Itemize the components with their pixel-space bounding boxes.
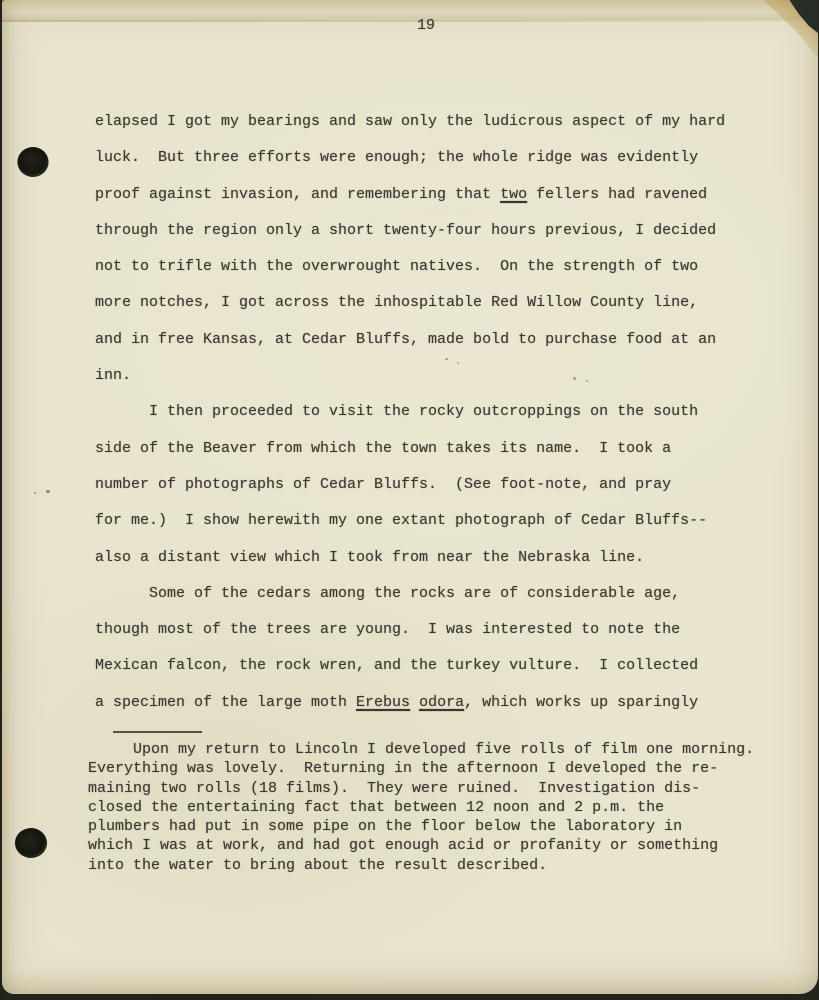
- manuscript-page: 19 elapsed I got my bearings and saw onl…: [2, 0, 818, 994]
- text-line: more notches, I got across the inhospita…: [95, 285, 725, 321]
- underlined-text: two: [500, 186, 527, 203]
- text-line: and in free Kansas, at Cedar Bluffs, mad…: [95, 322, 725, 358]
- text-line: into the water to bring about the result…: [88, 856, 754, 875]
- text-line: Upon my return to Lincoln I developed fi…: [88, 740, 754, 759]
- ink-speck: [573, 377, 576, 380]
- footnote-text: Upon my return to Lincoln I developed fi…: [88, 740, 754, 875]
- text-line: I then proceeded to visit the rocky outc…: [95, 394, 725, 430]
- text-line: through the region only a short twenty-f…: [95, 213, 725, 249]
- text-line: elapsed I got my bearings and saw only t…: [95, 104, 725, 140]
- paper-top-edge-stain: [2, 0, 818, 22]
- ink-speck: [46, 490, 50, 493]
- text-line: Some of the cedars among the rocks are o…: [95, 576, 725, 612]
- ink-speck: [34, 492, 36, 494]
- text-line: proof against invasion, and remembering …: [95, 177, 725, 213]
- ink-speck: [457, 362, 459, 364]
- text-line: though most of the trees are young. I wa…: [95, 612, 725, 648]
- text-line: which I was at work, and had got enough …: [88, 836, 754, 855]
- page-number: 19: [417, 17, 435, 34]
- ink-speck: [445, 358, 448, 360]
- text-segment: fellers had ravened: [527, 186, 707, 203]
- text-line: also a distant view which I took from ne…: [95, 540, 725, 576]
- text-segment: a specimen of the large moth: [95, 694, 356, 711]
- ink-speck: [586, 380, 588, 382]
- text-line: closed the entertaining fact that betwee…: [88, 798, 754, 817]
- underlined-text: Erebus: [356, 694, 410, 711]
- text-segment: , which works up sparingly: [464, 694, 698, 711]
- underlined-text: odora: [419, 694, 464, 711]
- punch-hole-bottom: [13, 827, 48, 860]
- text-line: number of photographs of Cedar Bluffs. (…: [95, 467, 725, 503]
- text-line: for me.) I show herewith my one extant p…: [95, 503, 725, 539]
- text-line: side of the Beaver from which the town t…: [95, 431, 725, 467]
- text-line: plumbers had put in some pipe on the flo…: [88, 817, 754, 836]
- text-line: a specimen of the large moth Erebus odor…: [95, 685, 725, 721]
- text-line: inn.: [95, 358, 725, 394]
- text-line: luck. But three efforts were enough; the…: [95, 140, 725, 176]
- text-line: not to trifle with the overwrought nativ…: [95, 249, 725, 285]
- body-text: elapsed I got my bearings and saw only t…: [95, 104, 725, 721]
- text-segment: proof against invasion, and remembering …: [95, 186, 500, 203]
- text-line: Everything was lovely. Returning in the …: [88, 759, 754, 778]
- text-line: Mexican falcon, the rock wren, and the t…: [95, 648, 725, 684]
- footnote-rule: [113, 731, 202, 733]
- punch-hole-top: [15, 145, 50, 179]
- paper-crease: [2, 20, 772, 22]
- scanned-document: { "meta": { "paper_color": "#e8e4cd", "i…: [0, 0, 819, 1000]
- text-segment: [410, 694, 419, 711]
- text-line: maining two rolls (18 films). They were …: [88, 779, 754, 798]
